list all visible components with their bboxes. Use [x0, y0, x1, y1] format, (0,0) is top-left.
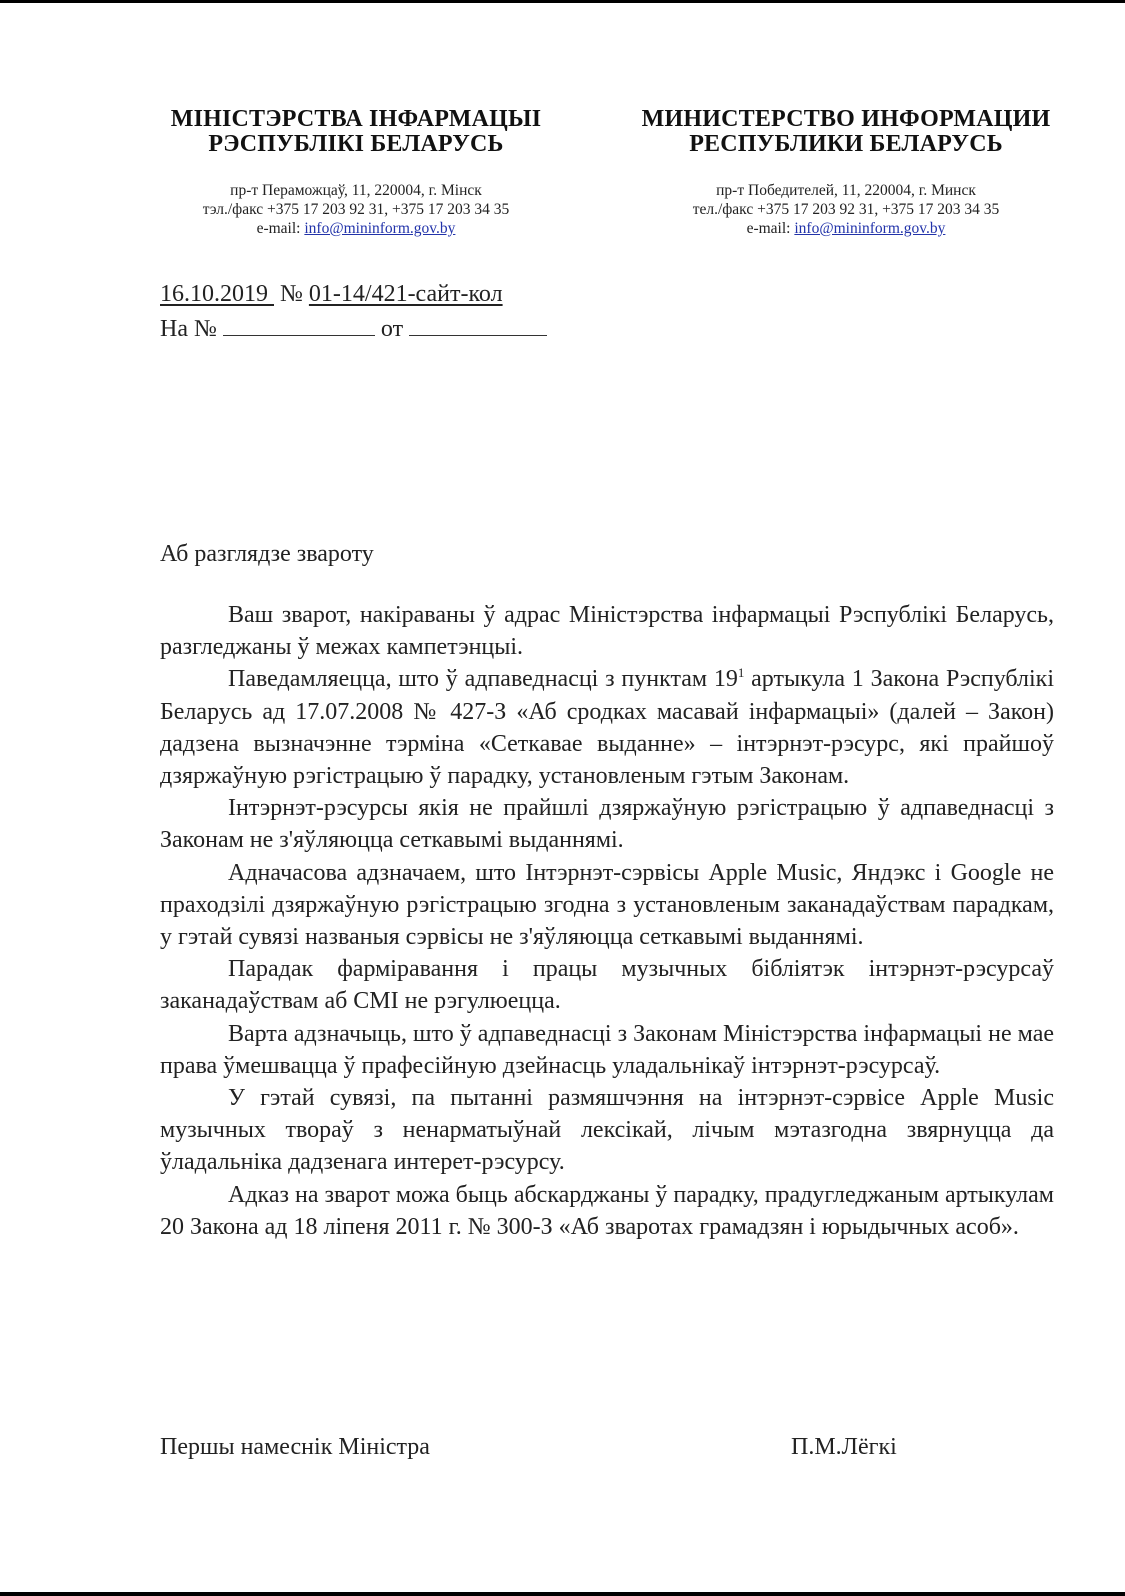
letter-body: Ваш зварот, накіраваны ў адрас Міністэрс… — [160, 599, 1054, 1243]
paragraph-5: Парадак фарміравання і працы музычных бі… — [160, 953, 1054, 1017]
email-line-be: e-mail: info@mininform.gov.by — [140, 219, 572, 238]
bottom-border — [0, 1592, 1125, 1596]
email-link-ru[interactable]: info@mininform.gov.by — [794, 220, 945, 237]
letterhead-russian: МИНИСТЕРСТВО ИНФОРМАЦИИ РЕСПУБЛИКИ БЕЛАР… — [620, 107, 1072, 238]
reply-to-label: На № — [160, 316, 223, 342]
number-sign: № — [274, 281, 309, 307]
reply-reference-line: На № от — [160, 313, 547, 343]
registration-date: 16.10.2019 — [160, 281, 274, 307]
paragraph-8: Адказ на зварот можа быць абскарджаны ў … — [160, 1179, 1054, 1243]
org-name-ru-line1: МИНИСТЕРСТВО ИНФОРМАЦИИ — [620, 107, 1072, 132]
top-border — [0, 0, 1125, 3]
email-line-ru: e-mail: info@mininform.gov.by — [620, 219, 1072, 238]
phone-ru: тел./факс +375 17 203 92 31, +375 17 203… — [620, 200, 1072, 219]
org-name-ru-line2: РЕСПУБЛИКИ БЕЛАРУСЬ — [620, 132, 1072, 157]
signatory-position: Першы намеснік Міністра — [160, 1434, 430, 1461]
letterhead-belarusian: МІНІСТЭРСТВА ІНФАРМАЦЫІ РЭСПУБЛІКІ БЕЛАР… — [140, 107, 572, 238]
org-contacts-be: пр-т Пераможцаў, 11, 220004, г. Мінск тэ… — [140, 181, 572, 238]
address-be: пр-т Пераможцаў, 11, 220004, г. Мінск — [140, 181, 572, 200]
org-name-be-line1: МІНІСТЭРСТВА ІНФАРМАЦЫІ — [140, 107, 572, 132]
paragraph-2-part-1: Паведамляецца, што ў адпаведнасці з пунк… — [228, 666, 738, 692]
registration-line: 16.10.2019 № 01-14/421-сайт-кол — [160, 281, 503, 308]
paragraph-3: Інтэрнэт-рэсурсы якія не прайшлі дзяржаў… — [160, 792, 1054, 856]
org-contacts-ru: пр-т Победителей, 11, 220004, г. Минск т… — [620, 181, 1072, 238]
paragraph-2: Паведамляецца, што ў адпаведнасці з пунк… — [160, 663, 1054, 792]
address-ru: пр-т Победителей, 11, 220004, г. Минск — [620, 181, 1072, 200]
signatory-name: П.М.Лёгкі — [791, 1434, 897, 1461]
paragraph-1: Ваш зварот, накіраваны ў адрас Міністэрс… — [160, 599, 1054, 663]
paragraph-4: Адначасова адзначаем, што Інтэрнэт-сэрві… — [160, 857, 1054, 954]
reply-number-blank — [223, 313, 375, 336]
phone-be: тэл./факс +375 17 203 92 31, +375 17 203… — [140, 200, 572, 219]
paragraph-7: У гэтай сувязі, па пытанні размяшчэння н… — [160, 1082, 1054, 1179]
email-label-ru: e-mail: — [747, 220, 795, 237]
registration-number: 01-14/421-сайт-кол — [309, 281, 503, 307]
reply-date-blank — [409, 313, 547, 336]
paragraph-6: Варта адзначыць, што ў адпаведнасці з За… — [160, 1018, 1054, 1082]
org-name-be-line2: РЭСПУБЛІКІ БЕЛАРУСЬ — [140, 132, 572, 157]
email-link-be[interactable]: info@mininform.gov.by — [304, 220, 455, 237]
letter-subject: Аб разглядзе звароту — [160, 541, 374, 568]
from-label: от — [375, 316, 409, 342]
email-label-be: e-mail: — [257, 220, 305, 237]
